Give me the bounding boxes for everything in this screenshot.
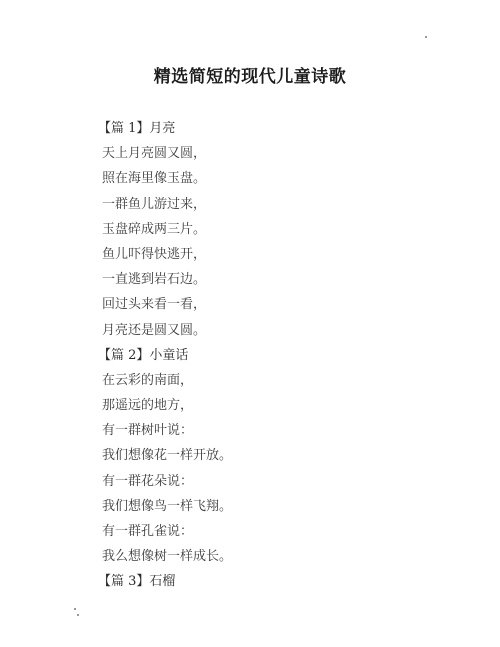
poem-line: 那遥远的地方， — [102, 393, 422, 418]
poem-heading: 【篇 3】石榴 — [98, 569, 422, 594]
document-title: 精选简短的现代儿童诗歌 — [0, 62, 500, 87]
poem-line: 玉盘碎成两三片。 — [102, 217, 422, 242]
document-page: 精选简短的现代儿童诗歌 【篇 1】月亮 天上月亮圆又圆， 照在海里像玉盘。 一群… — [0, 0, 500, 647]
poem-heading: 【篇 1】月亮 — [98, 116, 422, 141]
poem-line: 月亮还是圆又圆。 — [102, 318, 422, 343]
poem-line: 我么想像树一样成长。 — [102, 544, 422, 569]
poem-line: 回过头来看一看， — [102, 292, 422, 317]
poem-line: 有一群树叶说： — [102, 418, 422, 443]
poem-line: 鱼儿吓得快逃开， — [102, 242, 422, 267]
poem-body: 【篇 1】月亮 天上月亮圆又圆， 照在海里像玉盘。 一群鱼儿游过来， 玉盘碎成两… — [102, 116, 422, 595]
poem-line: 我们想像鸟一样飞翔。 — [102, 494, 422, 519]
poem-heading: 【篇 2】小童话 — [98, 343, 422, 368]
poem-line: 天上月亮圆又圆， — [102, 141, 422, 166]
artifact-dot — [77, 614, 79, 616]
artifact-dot — [74, 608, 76, 610]
poem-line: 照在海里像玉盘。 — [102, 166, 422, 191]
poem-line: 有一群花朵说： — [102, 469, 422, 494]
poem-line: 在云彩的南面， — [102, 368, 422, 393]
artifact-dot — [425, 36, 427, 38]
poem-line: 我们想像花一样开放。 — [102, 443, 422, 468]
poem-line: 一直逃到岩石边。 — [102, 267, 422, 292]
poem-line: 有一群孔雀说： — [102, 519, 422, 544]
poem-line: 一群鱼儿游过来， — [102, 192, 422, 217]
